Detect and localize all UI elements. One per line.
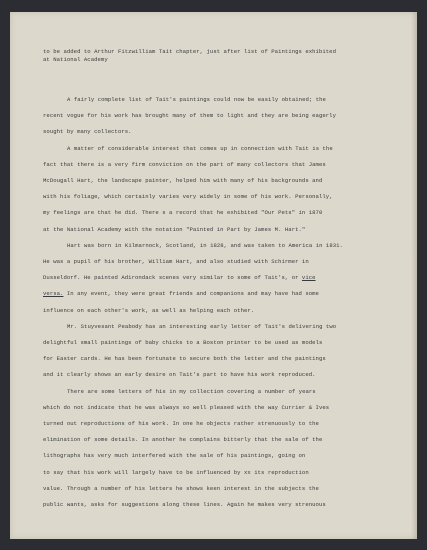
paragraph-hart-conviction: A matter of considerable interest that c… — [43, 141, 393, 238]
text-line: A matter of considerable interest that c… — [43, 141, 393, 157]
text-line: recent vogue for his work has brought ma… — [43, 108, 393, 124]
heading-line: to be added to Arthur Fitzwilliam Tait c… — [43, 48, 393, 56]
text-line: my feelings are that he did. There s a r… — [43, 205, 393, 221]
text-line: to say that his work will largely have t… — [43, 465, 393, 481]
underlined-text: versa. — [43, 290, 63, 297]
text-line: lithographs has very much interfered wit… — [43, 448, 393, 464]
text-line: public wants, asks for suggestions along… — [43, 497, 393, 513]
heading-line: at National Academy — [43, 56, 393, 64]
text-line: A fairly complete list of Tait's paintin… — [43, 92, 393, 108]
typed-document-page: to be added to Arthur Fitzwilliam Tait c… — [10, 12, 417, 539]
text-line: versa. In any event, they were great fri… — [43, 286, 393, 302]
text-line: sought by many collectors. — [43, 124, 393, 140]
document-heading: to be added to Arthur Fitzwilliam Tait c… — [43, 48, 393, 64]
text-line: McDougall Hart, the landscape painter, h… — [43, 173, 393, 189]
text-line: at the National Academy with the notatio… — [43, 222, 393, 238]
text-line: Dusseldorf. He painted Adirondack scenes… — [43, 270, 393, 286]
text-segment: Dusseldorf. He painted Adirondack scenes… — [43, 274, 302, 281]
text-line: for Easter cards. He has been fortunate … — [43, 351, 393, 367]
text-line: with his foliage, which certainly varies… — [43, 189, 393, 205]
text-line: and it clearly shows an early desire on … — [43, 367, 393, 383]
paragraph-peabody-letter: Mr. Stuyvesant Peabody has an interestin… — [43, 319, 393, 384]
text-segment: In any event, they were great friends an… — [63, 290, 319, 297]
paragraph-hart-biography: Hart was born in Kilmarnock, Scotland, i… — [43, 238, 393, 319]
text-line: elimination of some details. In another … — [43, 432, 393, 448]
text-line: value. Through a number of his letters h… — [43, 481, 393, 497]
text-line: which do not indicate that he was always… — [43, 400, 393, 416]
text-line: influence on each other's work, as well … — [43, 303, 393, 319]
text-line: delightful small paintings of baby chick… — [43, 335, 393, 351]
text-line: Mr. Stuyvesant Peabody has an interestin… — [43, 319, 393, 335]
paragraph-currier-ives-letters: There are some letters of his in my coll… — [43, 384, 393, 514]
text-line: There are some letters of his in my coll… — [43, 384, 393, 400]
text-line: He was a pupil of his brother, William H… — [43, 254, 393, 270]
text-line: turned out reproductions of his work. In… — [43, 416, 393, 432]
paragraph-paintings-list: A fairly complete list of Tait's paintin… — [43, 92, 393, 141]
document-body: to be added to Arthur Fitzwilliam Tait c… — [43, 48, 393, 513]
underlined-text: vice — [302, 274, 316, 281]
text-line: fact that there is a very firm convictio… — [43, 157, 393, 173]
text-line: Hart was born in Kilmarnock, Scotland, i… — [43, 238, 393, 254]
